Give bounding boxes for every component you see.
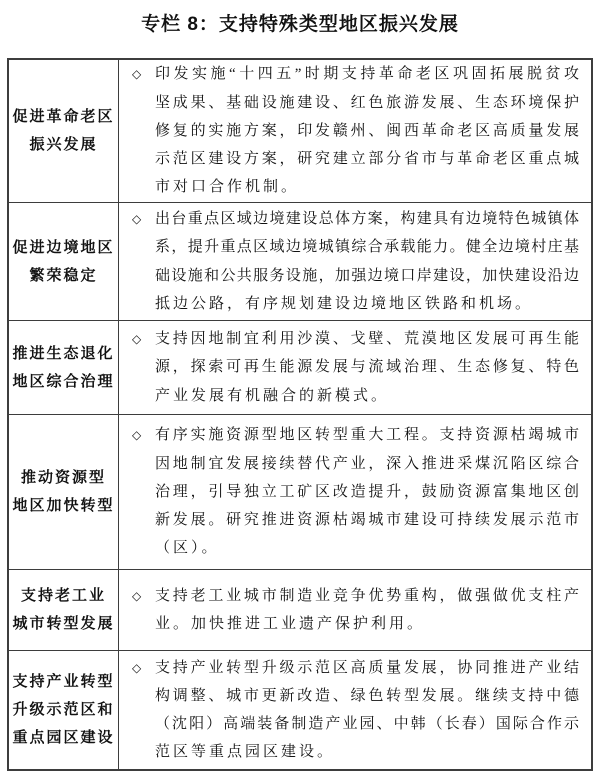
row-content-line: 支持因地制宜利用沙漠、戈壁、荒漠地区发展可再生能	[155, 325, 579, 353]
row-content-line: 出台重点区域边境建设总体方案，构建具有边境特色城镇体	[155, 205, 579, 233]
row-content: ◇支持产业转型升级示范区高质量发展，协同推进产业结构调整、城市更新改造、绿色转型…	[119, 651, 591, 769]
row-label: 推动资源型地区加快转型	[9, 415, 119, 569]
row-content-wrap: ◇出台重点区域边境建设总体方案，构建具有边境特色城镇体系，提升重点区域边境城镇综…	[132, 205, 579, 318]
row-content-wrap: ◇印发实施“十四五”时期支持革命老区巩固拓展脱贫攻坚成果、基础设施建设、红色旅游…	[132, 60, 579, 201]
row-label-line: 促进边境地区	[12, 234, 114, 262]
table-row: 促进边境地区繁荣稳定◇出台重点区域边境建设总体方案，构建具有边境特色城镇体系，提…	[9, 202, 591, 320]
row-content-line: 示范区建设方案，研究建立部分省市与革命老区重点城	[155, 145, 579, 173]
row-content-line: 坚成果、基础设施建设、红色旅游发展、生态环境保护	[155, 89, 579, 117]
page-title: 专栏 8：支持特殊类型地区振兴发展	[0, 13, 600, 37]
row-label: 支持老工业城市转型发展	[9, 570, 119, 650]
row-content-line: 范区等重点园区建设。	[155, 738, 579, 766]
row-content-line: 新发展。研究推进资源枯竭城市建设可持续发展示范市	[155, 506, 579, 534]
row-label: 支持产业转型升级示范区和重点园区建设	[9, 651, 119, 769]
row-label-line: 振兴发展	[29, 131, 97, 159]
row-content: ◇有序实施资源型地区转型重大工程。支持资源枯竭城市因地制宜发展接续替代产业，深入…	[119, 415, 591, 569]
panel-table: 促进革命老区振兴发展◇印发实施“十四五”时期支持革命老区巩固拓展脱贫攻坚成果、基…	[7, 58, 593, 771]
row-content: ◇印发实施“十四五”时期支持革命老区巩固拓展脱贫攻坚成果、基础设施建设、红色旅游…	[119, 60, 591, 202]
table-row: 支持产业转型升级示范区和重点园区建设◇支持产业转型升级示范区高质量发展，协同推进…	[9, 650, 591, 769]
row-label-line: 繁荣稳定	[29, 262, 97, 290]
row-label-line: 城市转型发展	[12, 610, 114, 638]
row-label: 推进生态退化地区综合治理	[9, 321, 119, 414]
diamond-bullet-icon: ◇	[132, 60, 155, 88]
row-label-line: 升级示范区和	[12, 696, 114, 724]
row-content-lines: 有序实施资源型地区转型重大工程。支持资源枯竭城市因地制宜发展接续替代产业，深入推…	[155, 421, 579, 562]
row-content-line: 修复的实施方案，印发赣州、闽西革命老区高质量发展	[155, 117, 579, 145]
row-label-line: 推进生态退化	[12, 340, 114, 368]
row-content-line: （区）。	[155, 534, 579, 562]
row-content-line: 源，探索可再生能源发展与流域治理、生态修复、特色	[155, 353, 579, 381]
row-content-line: 产业发展有机融合的新模式。	[155, 382, 579, 410]
row-content-lines: 支持老工业城市制造业竞争优势重构，做强做优支柱产业。加快推进工业遗产保护利用。	[155, 582, 579, 638]
table-row: 促进革命老区振兴发展◇印发实施“十四五”时期支持革命老区巩固拓展脱贫攻坚成果、基…	[9, 60, 591, 202]
row-content-line: 支持产业转型升级示范区高质量发展，协同推进产业结	[155, 654, 579, 682]
row-label-line: 支持产业转型	[12, 668, 114, 696]
diamond-bullet-icon: ◇	[132, 421, 155, 449]
row-content-wrap: ◇支持老工业城市制造业竞争优势重构，做强做优支柱产业。加快推进工业遗产保护利用。	[132, 582, 579, 638]
row-content-line: （沈阳）高端装备制造产业园、中韩（长春）国际合作示	[155, 710, 579, 738]
row-label-line: 地区综合治理	[12, 368, 114, 396]
row-content-line: 有序实施资源型地区转型重大工程。支持资源枯竭城市	[155, 421, 579, 449]
row-label-line: 推动资源型	[21, 464, 106, 492]
table-row: 推动资源型地区加快转型◇有序实施资源型地区转型重大工程。支持资源枯竭城市因地制宜…	[9, 414, 591, 569]
diamond-bullet-icon: ◇	[132, 582, 155, 610]
row-content-line: 治理，引导独立工矿区改造提升，鼓励资源富集地区创	[155, 478, 579, 506]
row-label: 促进革命老区振兴发展	[9, 60, 119, 202]
table-row: 支持老工业城市转型发展◇支持老工业城市制造业竞争优势重构，做强做优支柱产业。加快…	[9, 569, 591, 650]
row-content-wrap: ◇支持产业转型升级示范区高质量发展，协同推进产业结构调整、城市更新改造、绿色转型…	[132, 654, 579, 767]
row-content-line: 构调整、城市更新改造、绿色转型发展。继续支持中德	[155, 682, 579, 710]
row-label-line: 重点园区建设	[12, 724, 114, 752]
row-content: ◇支持因地制宜利用沙漠、戈壁、荒漠地区发展可再生能源，探索可再生能源发展与流域治…	[119, 321, 591, 414]
row-label-line: 促进革命老区	[12, 103, 114, 131]
row-content-lines: 出台重点区域边境建设总体方案，构建具有边境特色城镇体系，提升重点区域边境城镇综合…	[155, 205, 579, 318]
row-content-wrap: ◇支持因地制宜利用沙漠、戈壁、荒漠地区发展可再生能源，探索可再生能源发展与流域治…	[132, 325, 579, 410]
diamond-bullet-icon: ◇	[132, 205, 155, 233]
row-content-lines: 支持因地制宜利用沙漠、戈壁、荒漠地区发展可再生能源，探索可再生能源发展与流域治理…	[155, 325, 579, 410]
table-row: 推进生态退化地区综合治理◇支持因地制宜利用沙漠、戈壁、荒漠地区发展可再生能源，探…	[9, 320, 591, 414]
row-content-line: 系，提升重点区域边境城镇综合承载能力。健全边境村庄基	[155, 233, 579, 261]
diamond-bullet-icon: ◇	[132, 325, 155, 353]
row-content-wrap: ◇有序实施资源型地区转型重大工程。支持资源枯竭城市因地制宜发展接续替代产业，深入…	[132, 421, 579, 562]
row-content-line: 础设施和公共服务设施，加强边境口岸建设，加快建设沿边	[155, 262, 579, 290]
row-label: 促进边境地区繁荣稳定	[9, 203, 119, 320]
row-label-line: 地区加快转型	[12, 492, 114, 520]
row-content-lines: 印发实施“十四五”时期支持革命老区巩固拓展脱贫攻坚成果、基础设施建设、红色旅游发…	[155, 60, 579, 201]
row-label-line: 支持老工业	[21, 582, 106, 610]
row-content: ◇出台重点区域边境建设总体方案，构建具有边境特色城镇体系，提升重点区域边境城镇综…	[119, 203, 591, 320]
row-content-line: 因地制宜发展接续替代产业，深入推进采煤沉陷区综合	[155, 450, 579, 478]
row-content-line: 印发实施“十四五”时期支持革命老区巩固拓展脱贫攻	[155, 60, 579, 88]
row-content-line: 业。加快推进工业遗产保护利用。	[155, 610, 579, 638]
row-content-lines: 支持产业转型升级示范区高质量发展，协同推进产业结构调整、城市更新改造、绿色转型发…	[155, 654, 579, 767]
row-content-line: 支持老工业城市制造业竞争优势重构，做强做优支柱产	[155, 582, 579, 610]
row-content-line: 市对口合作机制。	[155, 173, 579, 201]
row-content-line: 抵边公路，有序规划建设边境地区铁路和机场。	[155, 290, 579, 318]
row-content: ◇支持老工业城市制造业竞争优势重构，做强做优支柱产业。加快推进工业遗产保护利用。	[119, 570, 591, 650]
diamond-bullet-icon: ◇	[132, 654, 155, 682]
